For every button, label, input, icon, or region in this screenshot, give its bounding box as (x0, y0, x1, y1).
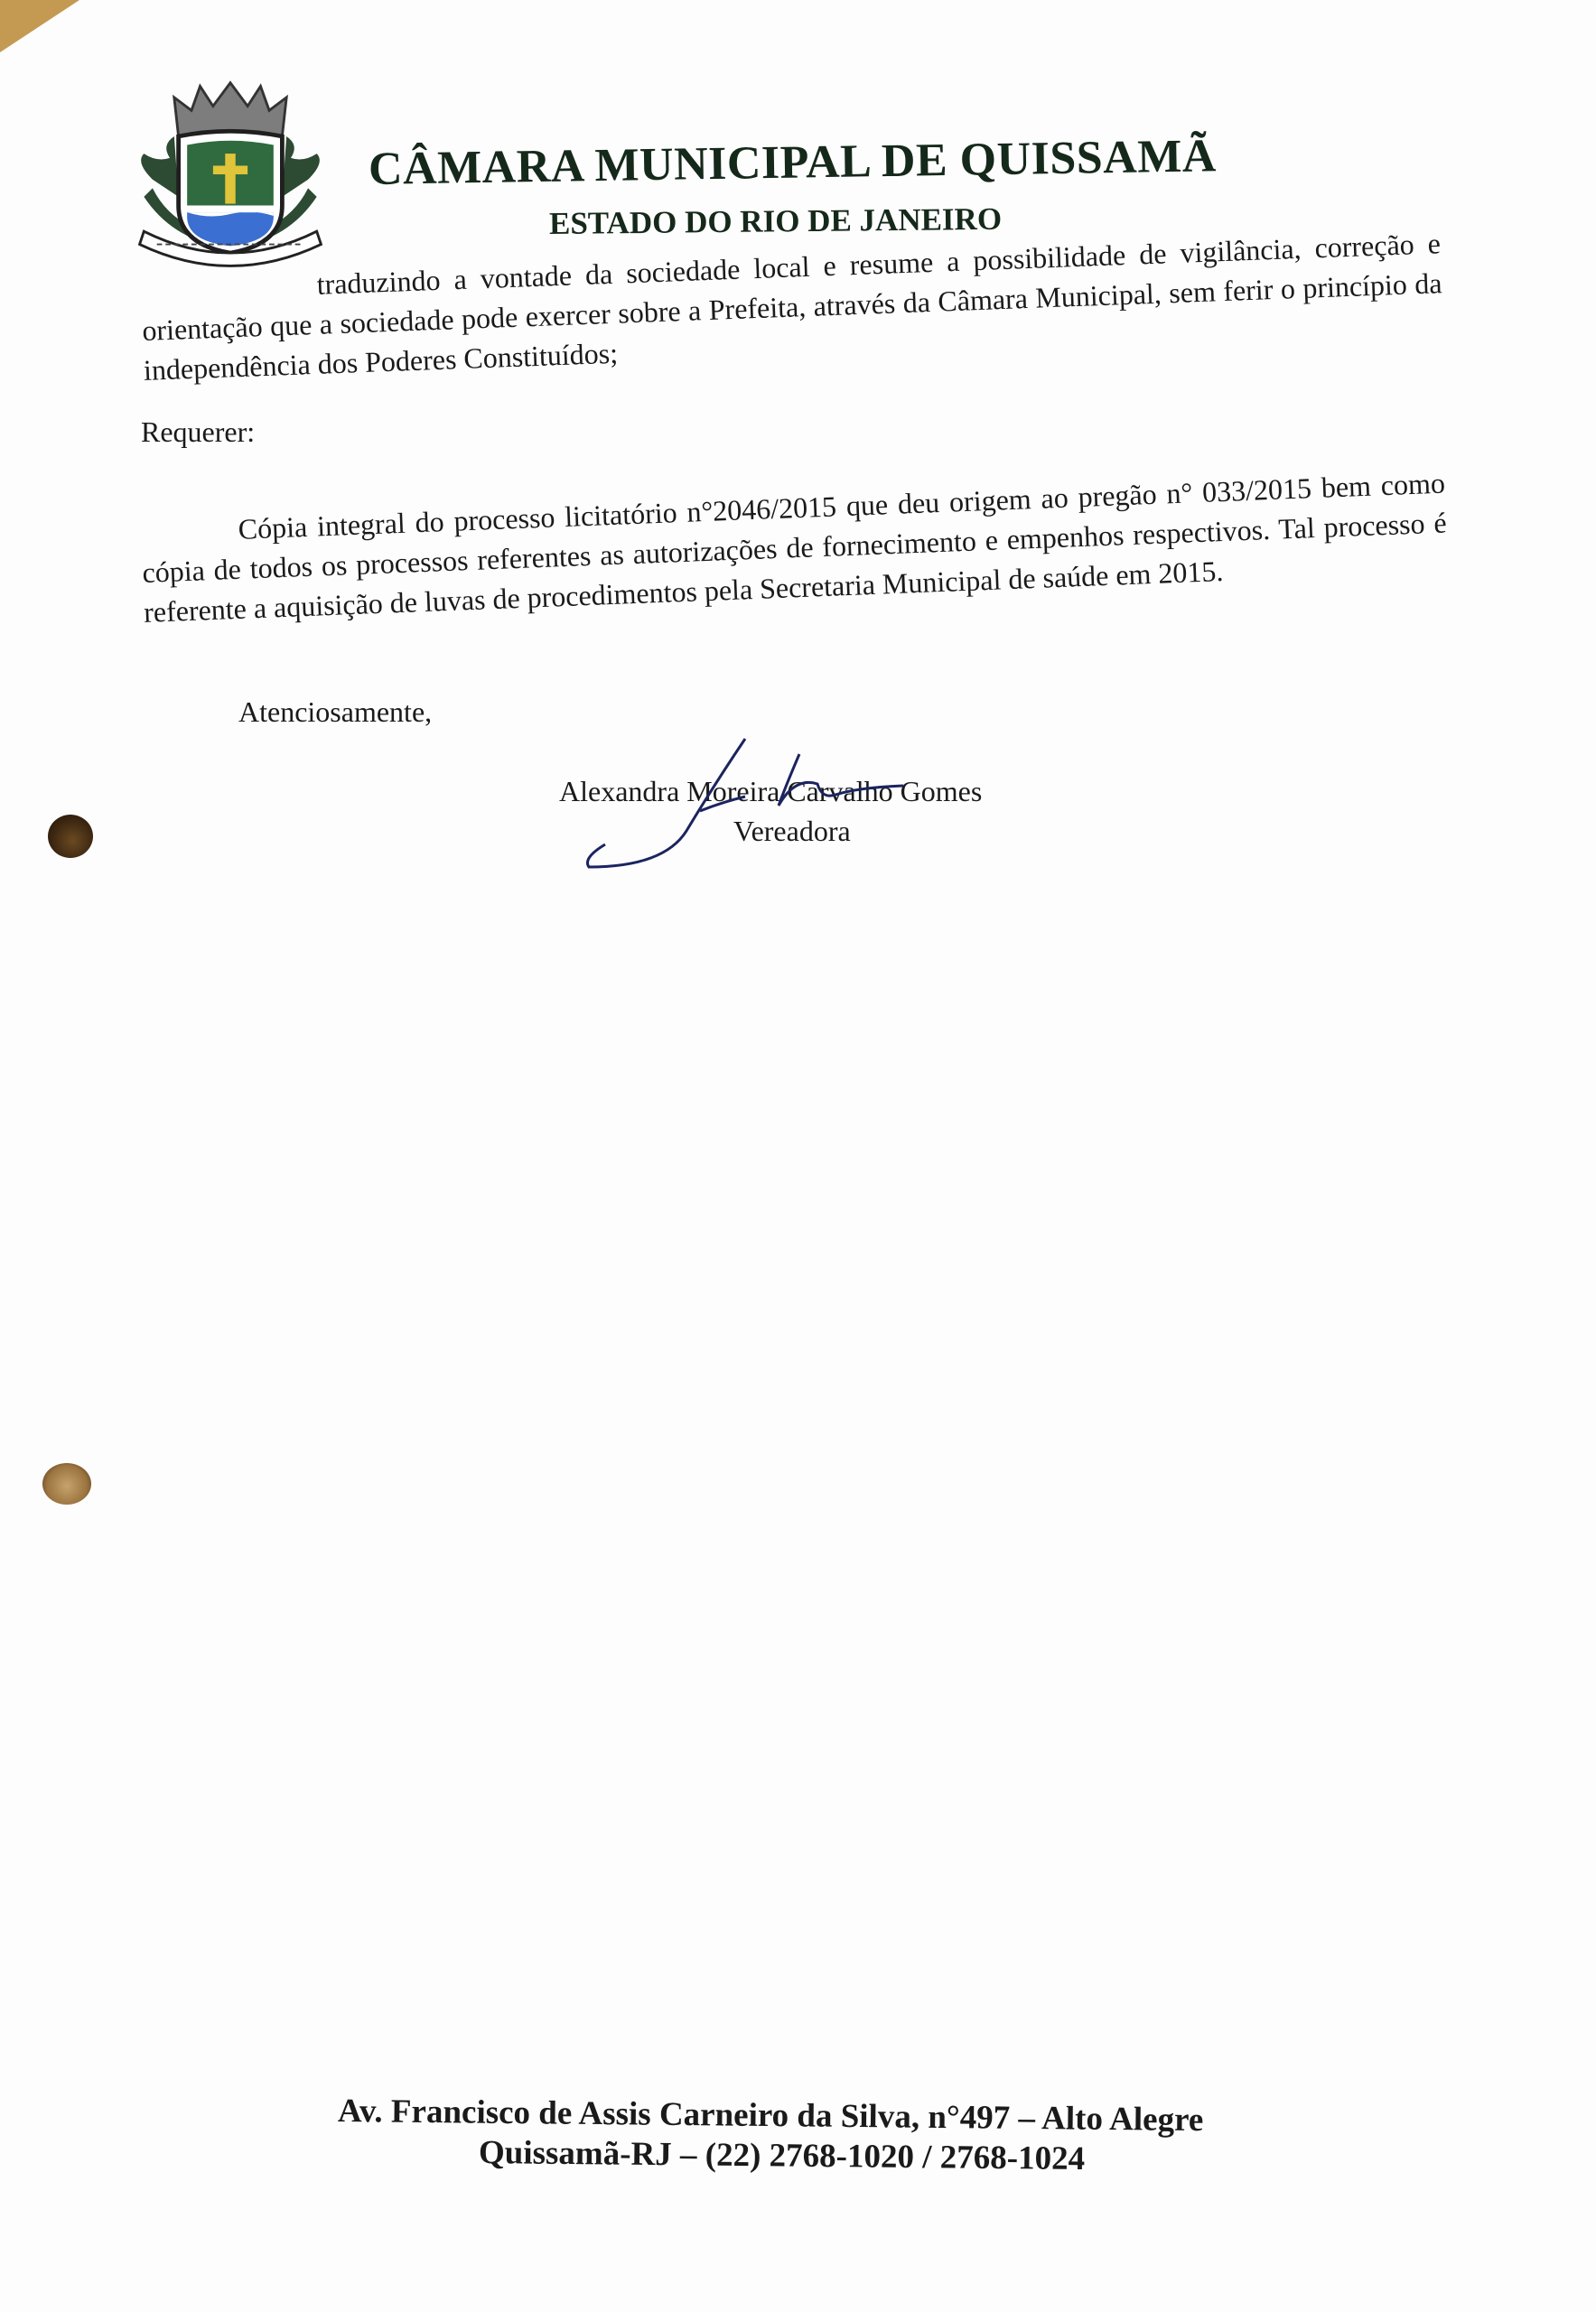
paragraph-context-text: traduzindo a vontade da sociedade local … (142, 227, 1442, 387)
footer-address: Av. Francisco de Assis Carneiro da Silva… (338, 2092, 1204, 2140)
institution-subtitle: ESTADO DO RIO DE JANEIRO (549, 201, 1002, 242)
coat-of-arms-icon (126, 76, 334, 275)
handwritten-signature-icon (578, 732, 939, 876)
punch-hole (48, 815, 93, 858)
document-page: CÂMARA MUNICIPAL DE QUISSAMÃ ESTADO DO R… (0, 0, 1596, 2312)
paragraph-request: Cópia integral do processo licitatório n… (140, 463, 1449, 632)
punch-hole (42, 1463, 91, 1505)
paragraph-request-text: Cópia integral do processo licitatório n… (142, 467, 1447, 629)
closing-salutation: Atenciosamente, (238, 695, 432, 729)
institution-title: CÂMARA MUNICIPAL DE QUISSAMÃ (369, 129, 1227, 196)
request-label: Requerer: (141, 415, 255, 449)
paragraph-context: traduzindo a vontade da sociedade local … (140, 223, 1444, 390)
folded-corner (0, 0, 79, 52)
footer-contact: Quissamã-RJ – (22) 2768-1020 / 2768-1024 (479, 2133, 1086, 2178)
